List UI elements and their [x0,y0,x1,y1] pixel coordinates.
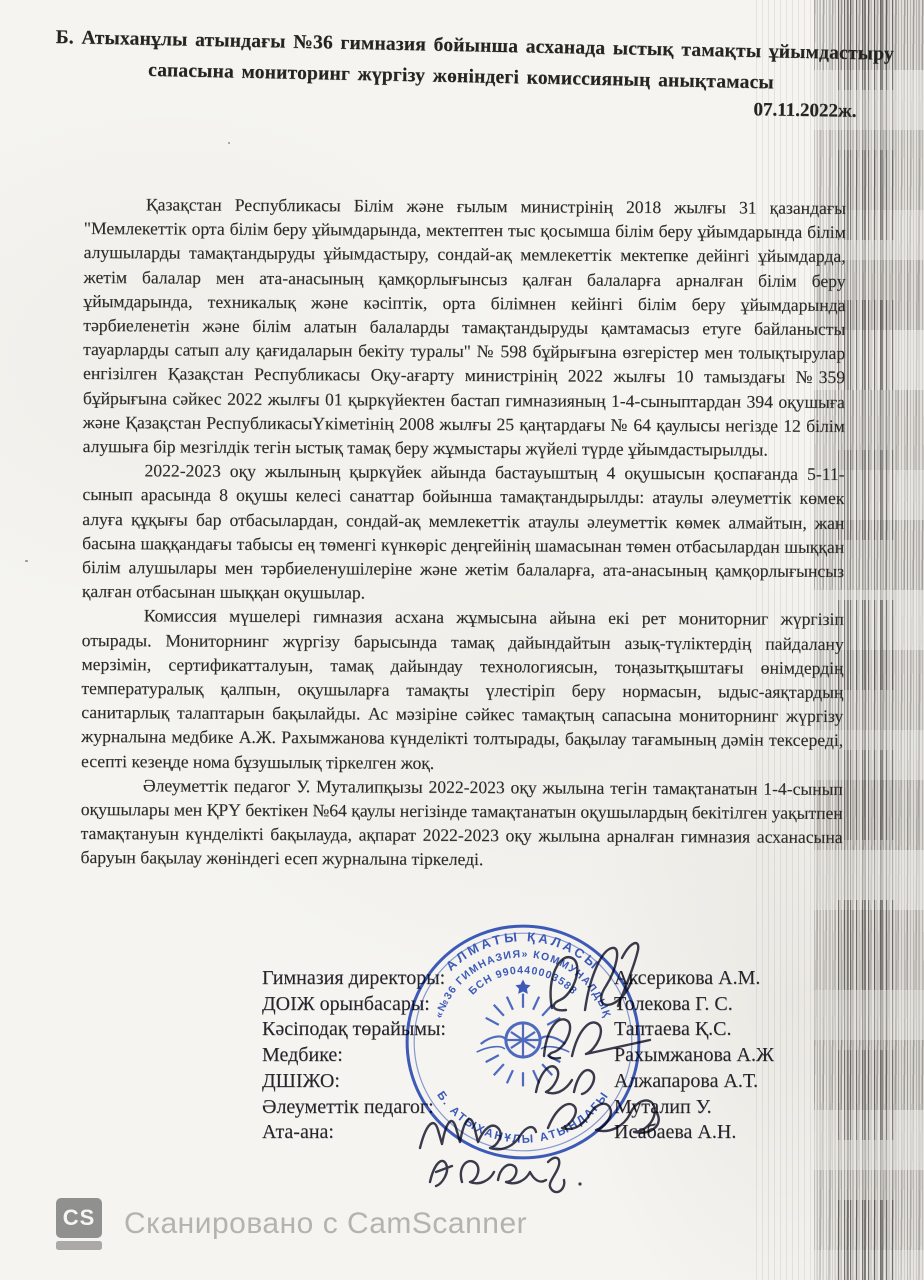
camscanner-logo-icon: CS [56,1198,102,1250]
signature-ink [420,943,659,1192]
scanned-document-page: Б. Атыханұлы атындағы №36 гимназия бойын… [0,0,924,1280]
camscanner-logo-bar [56,1241,102,1250]
handwritten-signatures [0,0,924,1280]
camscanner-watermark-text: Сканировано с CamScanner [124,1207,527,1241]
camscanner-footer: CS Сканировано с CamScanner [56,1198,527,1250]
camscanner-logo-text: CS [56,1198,102,1238]
